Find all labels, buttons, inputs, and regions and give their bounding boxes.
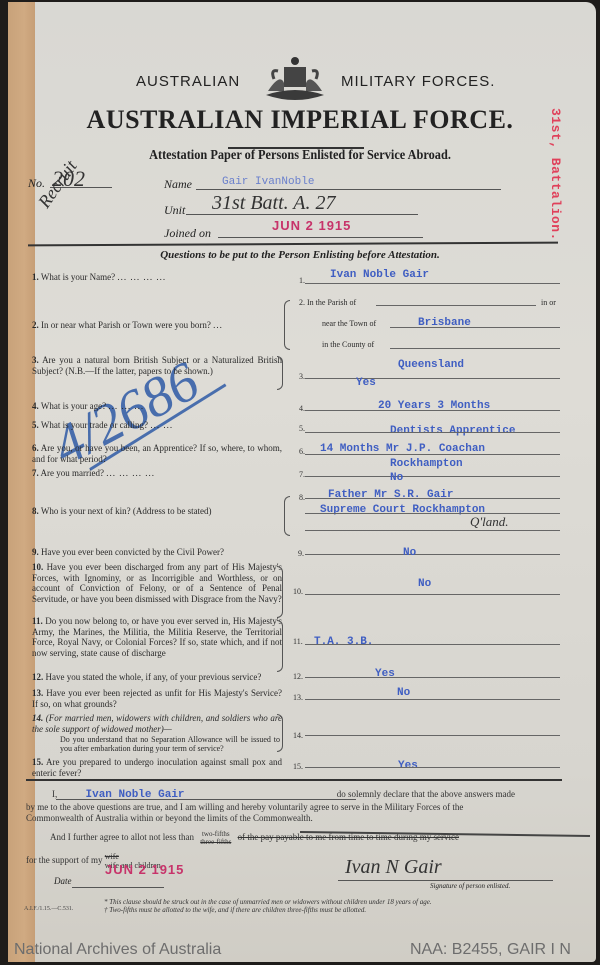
answer-11-line	[305, 644, 560, 645]
declaration-line2: by me to the above questions are true, a…	[26, 802, 586, 813]
answer-1: Ivan Noble Gair	[330, 269, 429, 281]
date-line	[72, 887, 164, 888]
question-11: 11. Do you now belong to, or have you ev…	[32, 616, 282, 658]
answer-5-line	[305, 432, 560, 433]
answer-8-line1: Father Mr S.R. Gair	[328, 489, 453, 501]
answer-8-line-a	[305, 498, 560, 499]
date-label: Date	[54, 876, 72, 886]
unit-label: Unit	[164, 203, 185, 218]
answer-11: T.A. 3.B.	[314, 636, 373, 648]
questions-heading: Questions to be put to the Person Enlist…	[0, 249, 600, 261]
answer-13-number: 13.	[293, 693, 303, 702]
answer-2-parish-label: 2. In the Parish of	[299, 298, 356, 307]
answer-2-town-label: near the Town of	[322, 319, 376, 328]
unit-value: 31st Batt. A. 27	[212, 192, 336, 215]
question-14-subtext: Do you understand that no Separation All…	[60, 735, 280, 753]
answer-4-number: 4.	[299, 404, 305, 413]
answer-2-town-line	[390, 327, 560, 328]
answer-12-line	[305, 677, 560, 678]
answer-4-line	[305, 410, 560, 411]
question-1: 1. What is your Name? ... ... ... ...	[32, 272, 282, 283]
coat-of-arms-icon	[260, 55, 330, 105]
answer-8-line3: Q'land.	[470, 514, 509, 530]
name-value: Gair IvanNoble	[222, 176, 314, 188]
question-4: 4. What is your age? ... ... ...	[32, 401, 282, 412]
question-9: 9. Have you ever been convicted by the C…	[32, 547, 282, 558]
name-label: Name	[164, 177, 192, 192]
name-line	[196, 189, 501, 190]
signature: Ivan N Gair	[345, 856, 442, 879]
answer-6-line2: Rockhampton	[390, 458, 463, 470]
question-15: 15. Are you prepared to undergo inoculat…	[32, 757, 282, 778]
answer-7: No	[390, 472, 403, 484]
question-13: 13. Have you ever been rejected as unfit…	[32, 688, 282, 709]
footnote-2: † Two-fifths must be allotted to the wif…	[104, 906, 366, 914]
answer-12-number: 12.	[293, 672, 303, 681]
answer-11-number: 11.	[293, 637, 303, 646]
answer-2-county-label: in the County of	[322, 340, 374, 349]
answer-1-line	[305, 283, 560, 284]
signature-label: Signature of person enlisted.	[430, 882, 510, 890]
brace-q14	[277, 714, 283, 752]
answer-9-number: 9.	[298, 549, 304, 558]
answer-14-number: 14.	[293, 731, 303, 740]
answer-8-line2: Supreme Court Rockhampton	[320, 504, 485, 516]
answer-14-line	[305, 735, 560, 736]
answer-13: No	[397, 687, 410, 699]
answer-9-line	[305, 554, 560, 555]
answer-15-number: 15.	[293, 762, 303, 771]
answer-2-parish-line	[376, 305, 536, 306]
answer-10-number: 10.	[293, 587, 303, 596]
record-reference: NAA: B2455, GAIR I N	[410, 941, 571, 959]
unit-line	[186, 214, 418, 215]
question-8: 8. Who is your next of kin? (Address to …	[32, 506, 282, 517]
answer-2-state: Queensland	[398, 359, 464, 371]
header-left-title: AUSTRALIAN	[136, 73, 240, 90]
answer-7-number: 7.	[299, 470, 305, 479]
joined-line	[218, 237, 423, 238]
main-title: AUSTRALIAN IMPERIAL FORCE.	[0, 105, 600, 135]
question-10: 10. Have you ever been discharged from a…	[32, 562, 282, 604]
answer-5: Dentists Apprentice	[390, 425, 515, 437]
answer-8-line-c	[305, 530, 560, 531]
archive-watermark: National Archives of Australia	[14, 941, 221, 959]
question-12: 12. Have you stated the whole, if any, o…	[32, 672, 282, 683]
answer-3-number: 3.	[299, 372, 305, 381]
question-3: 3. Are you a natural born British Subjec…	[32, 355, 282, 376]
footnote-1: * This clause should be struck out in th…	[104, 898, 432, 906]
answer-9: No	[403, 547, 416, 559]
answer-2-in-or: in or	[541, 298, 556, 307]
joined-date-stamp: JUN 2 1915	[272, 218, 351, 233]
answer-10: No	[418, 578, 431, 590]
question-5: 5. What is your trade or calling? ... ..…	[32, 420, 282, 431]
answer-3: Yes	[356, 377, 376, 389]
declaration-name-line	[56, 799, 356, 800]
subtitle: Attestation Paper of Persons Enlisted fo…	[36, 148, 564, 164]
answer-7-line	[305, 476, 560, 477]
form-code: A.I.F./1.15.—C.531.	[24, 906, 73, 912]
answer-15-line	[305, 767, 560, 768]
answer-15: Yes	[398, 760, 418, 772]
answer-2-county-line	[390, 348, 560, 349]
joined-label: Joined on	[164, 226, 211, 241]
answer-8-line-b	[305, 513, 560, 514]
answer-10-line	[305, 594, 560, 595]
answer-13-line	[305, 699, 560, 700]
brace-q3	[277, 356, 283, 390]
brace-q10	[277, 566, 283, 618]
question-14: 14. (For married men, widowers with chil…	[32, 713, 282, 734]
declaration-line3: Commonwealth of Australia within or beyo…	[26, 813, 586, 824]
question-6: 6. Are you, or have you been, an Apprent…	[32, 443, 282, 464]
question-2: 2. In or near what Parish or Town were y…	[32, 320, 282, 331]
signature-line	[338, 880, 553, 881]
brace-q8	[284, 496, 290, 536]
question-7: 7. Are you married? ... ... ... ...	[32, 468, 282, 479]
header-right-title: MILITARY FORCES.	[341, 73, 495, 90]
brace-q2	[284, 300, 290, 350]
answer-6-line	[305, 454, 560, 455]
battalion-stamp: 31st, Battalion.	[548, 108, 563, 241]
declaration-divider	[26, 779, 562, 781]
date-stamp: JUN 2 1915	[105, 862, 184, 877]
answer-3-line	[305, 378, 560, 379]
brace-q11	[277, 620, 283, 672]
answer-12: Yes	[375, 668, 395, 680]
